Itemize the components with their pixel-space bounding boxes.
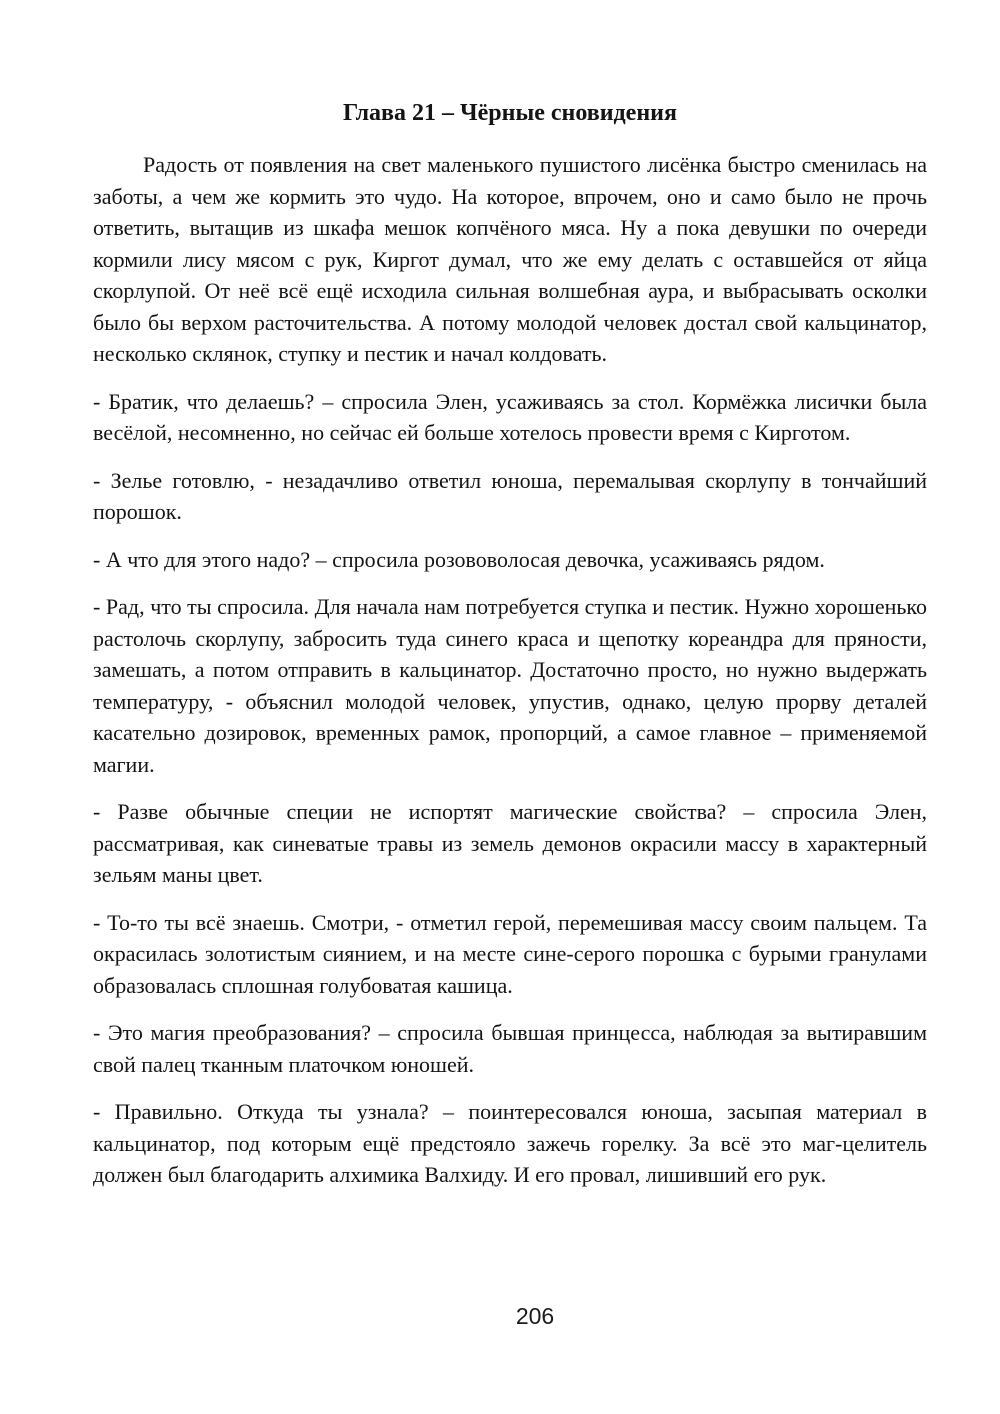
- text-column: Глава 21 – Чёрные сновидения Радость от …: [93, 97, 927, 1207]
- paragraph-dialogue: - То-то ты всё знаешь. Смотри, - отметил…: [93, 907, 927, 1002]
- paragraph-dialogue: - Правильно. Откуда ты узнала? – поинтер…: [93, 1096, 927, 1191]
- chapter-title: Глава 21 – Чёрные сновидения: [93, 97, 927, 129]
- paragraph-dialogue: - Это магия преобразования? – спросила б…: [93, 1017, 927, 1080]
- paragraph-dialogue: - Разве обычные специи не испортят магич…: [93, 796, 927, 891]
- paragraph-dialogue: - Рад, что ты спросила. Для начала нам п…: [93, 591, 927, 780]
- paragraph-dialogue: - Братик, что делаешь? – спросила Элен, …: [93, 386, 927, 449]
- paragraph-narration: Радость от появления на свет маленького …: [93, 149, 927, 370]
- paragraph-dialogue: - Зелье готовлю, - незадачливо ответил ю…: [93, 465, 927, 528]
- paragraph-dialogue: - А что для этого надо? – спросила розов…: [93, 544, 927, 576]
- page-number: 206: [0, 1303, 1000, 1329]
- document-page: Глава 21 – Чёрные сновидения Радость от …: [0, 0, 1000, 1414]
